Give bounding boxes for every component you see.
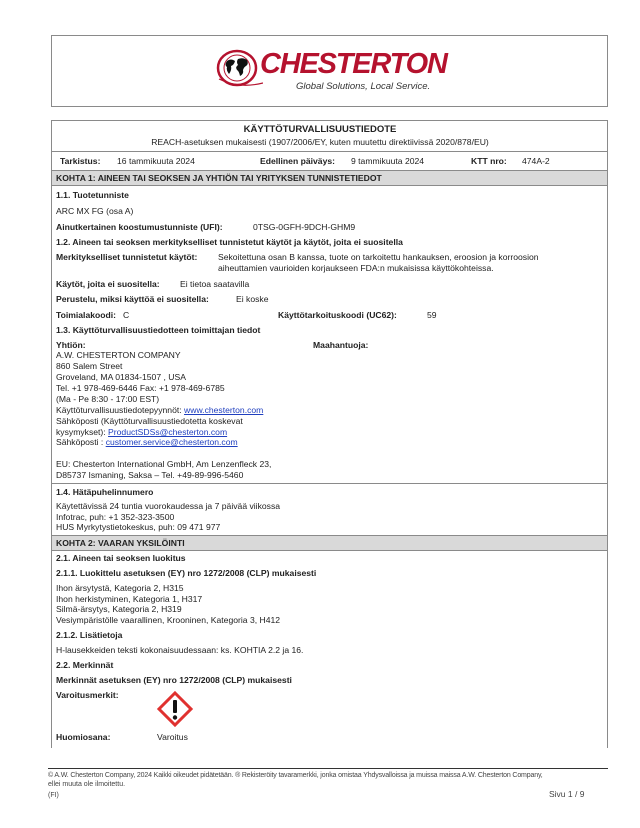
- brand-tagline: Global Solutions, Local Service.: [296, 81, 430, 92]
- s11-title: 1.1. Tuotetunniste: [56, 190, 129, 201]
- reason-label: Perustelu, miksi käyttöä ei suositella:: [56, 294, 209, 305]
- footer-language: (FI): [48, 791, 59, 800]
- logo-box: CHESTERTON Global Solutions, Local Servi…: [51, 35, 608, 107]
- brand-name: CHESTERTON: [260, 49, 447, 79]
- company-line: 860 Salem Street: [56, 361, 122, 372]
- ufi-value: 0TSG-0GFH-9DCH-GHM9: [253, 222, 355, 233]
- company-line: Groveland, MA 01834-1507 , USA: [56, 372, 186, 383]
- importer-label: Maahantuoja:: [313, 340, 368, 351]
- s22-title: 2.2. Merkinnät: [56, 660, 113, 671]
- company-line: A.W. CHESTERTON COMPANY: [56, 350, 181, 361]
- document-title: KÄYTTÖTURVALLISUUSTIEDOTE: [0, 124, 640, 135]
- signal-word-value: Varoitus: [157, 732, 188, 743]
- not-recommended-label: Käytöt, joita ei suositella:: [56, 279, 160, 290]
- divider: [51, 483, 608, 484]
- website-link[interactable]: www.chesterton.com: [184, 405, 263, 415]
- product-sds-email-link[interactable]: ProductSDSs@chesterton.com: [108, 427, 227, 437]
- uses-line-2: aiheuttamien vaurioiden korjaukseen FDA:…: [218, 263, 494, 274]
- eu-address-line-2: D85737 Ismaning, Saksa – Tel. +49-89-996…: [56, 470, 243, 481]
- email2-line: Sähköposti : customer.service@chesterton…: [56, 437, 238, 448]
- s14-title: 1.4. Hätäpuhelinnumero: [56, 487, 153, 498]
- divider: [51, 151, 608, 152]
- classification-line: Vesiympäristölle vaarallinen, Krooninen,…: [56, 615, 280, 626]
- section-2-title: KOHTA 2: VAARAN YKSILÖINTI: [56, 538, 185, 549]
- ufi-label: Ainutkertainen koostumustunniste (UFI):: [56, 222, 223, 233]
- s13-title: 1.3. Käyttöturvallisuustiedotteen toimit…: [56, 325, 260, 336]
- footer-copyright-line-1: © A.W. Chesterton Company, 2024 Kaikki o…: [48, 771, 543, 780]
- footer-divider: [48, 768, 608, 769]
- section-1-title: KOHTA 1: AINEEN TAI SEOKSEN JA YHTIÖN TA…: [56, 173, 382, 184]
- sds-requests-line: Käyttöturvallisuustiedotepyynnöt: www.ch…: [56, 405, 263, 416]
- footer-page-number: Sivu 1 / 9: [549, 790, 584, 799]
- exclamation-mark-hazard-icon: [156, 690, 194, 728]
- customer-service-email-link[interactable]: customer.service@chesterton.com: [106, 437, 238, 447]
- s211-title: 2.1.1. Luokittelu asetuksen (EY) nro 127…: [56, 568, 316, 579]
- divider: [51, 185, 608, 186]
- uses-line-1: Sekoitettuna osan B kanssa, tuote on tar…: [218, 252, 539, 263]
- document-subtitle: REACH-asetuksen mukaisesti (1907/2006/EY…: [0, 137, 640, 148]
- classification-line: Ihon ärsytystä, Kategoria 2, H315: [56, 583, 184, 594]
- divider: [51, 550, 608, 551]
- previous-date-label: Edellinen päiväys:: [260, 156, 335, 167]
- email1-label: kysymykset):: [56, 427, 108, 437]
- labelling-title: Merkinnät asetuksen (EY) nro 1272/2008 (…: [56, 675, 292, 686]
- email1-label-line-1: Sähköposti (Käyttöturvallisuustiedotetta…: [56, 416, 243, 427]
- use-code-label: Käyttötarkoituskoodi (UC62):: [278, 310, 397, 321]
- globe-swoosh-icon: [215, 49, 263, 89]
- emergency-line: Käytettävissä 24 tuntia vuorokaudessa ja…: [56, 501, 280, 512]
- reason-value: Ei koske: [236, 294, 268, 305]
- additional-info: H-lausekkeiden teksti kokonaisuudessaan:…: [56, 645, 303, 656]
- classification-line: Silmä-ärsytys, Kategoria 2, H319: [56, 604, 182, 615]
- use-code-value: 59: [427, 310, 437, 321]
- email2-label: Sähköposti :: [56, 437, 106, 447]
- signal-word-label: Huomiosana:: [56, 732, 110, 743]
- emergency-line: HUS Myrkytystietokeskus, puh: 09 471 977: [56, 522, 220, 533]
- revision-label: Tarkistus:: [60, 156, 100, 167]
- sds-requests-label: Käyttöturvallisuustiedotepyynnöt:: [56, 405, 184, 415]
- sector-code-label: Toimialakoodi:: [56, 310, 116, 321]
- sds-number-label: KTT nro:: [471, 156, 507, 167]
- sector-code-value: C: [123, 310, 129, 321]
- product-name: ARC MX FG (osa A): [56, 206, 133, 217]
- previous-date-value: 9 tammikuuta 2024: [351, 156, 424, 167]
- footer-copyright-line-2: ellei muuta ole ilmoitettu.: [48, 780, 125, 789]
- s21-title: 2.1. Aineen tai seoksen luokitus: [56, 553, 186, 564]
- s212-title: 2.1.2. Lisätietoja: [56, 630, 122, 641]
- revision-value: 16 tammikuuta 2024: [117, 156, 195, 167]
- pictograms-label: Varoitusmerkit:: [56, 690, 119, 701]
- not-recommended-value: Ei tietoa saatavilla: [180, 279, 249, 290]
- s12-title: 1.2. Aineen tai seoksen merkitykselliset…: [56, 237, 403, 248]
- eu-address-line-1: EU: Chesterton International GmbH, Am Le…: [56, 459, 271, 470]
- company-line: (Ma - Pe 8:30 - 17:00 EST): [56, 394, 159, 405]
- company-line: Tel. +1 978-469-6446 Fax: +1 978-469-678…: [56, 383, 225, 394]
- uses-label: Merkitykselliset tunnistetut käytöt:: [56, 252, 197, 263]
- sds-number-value: 474A-2: [522, 156, 550, 167]
